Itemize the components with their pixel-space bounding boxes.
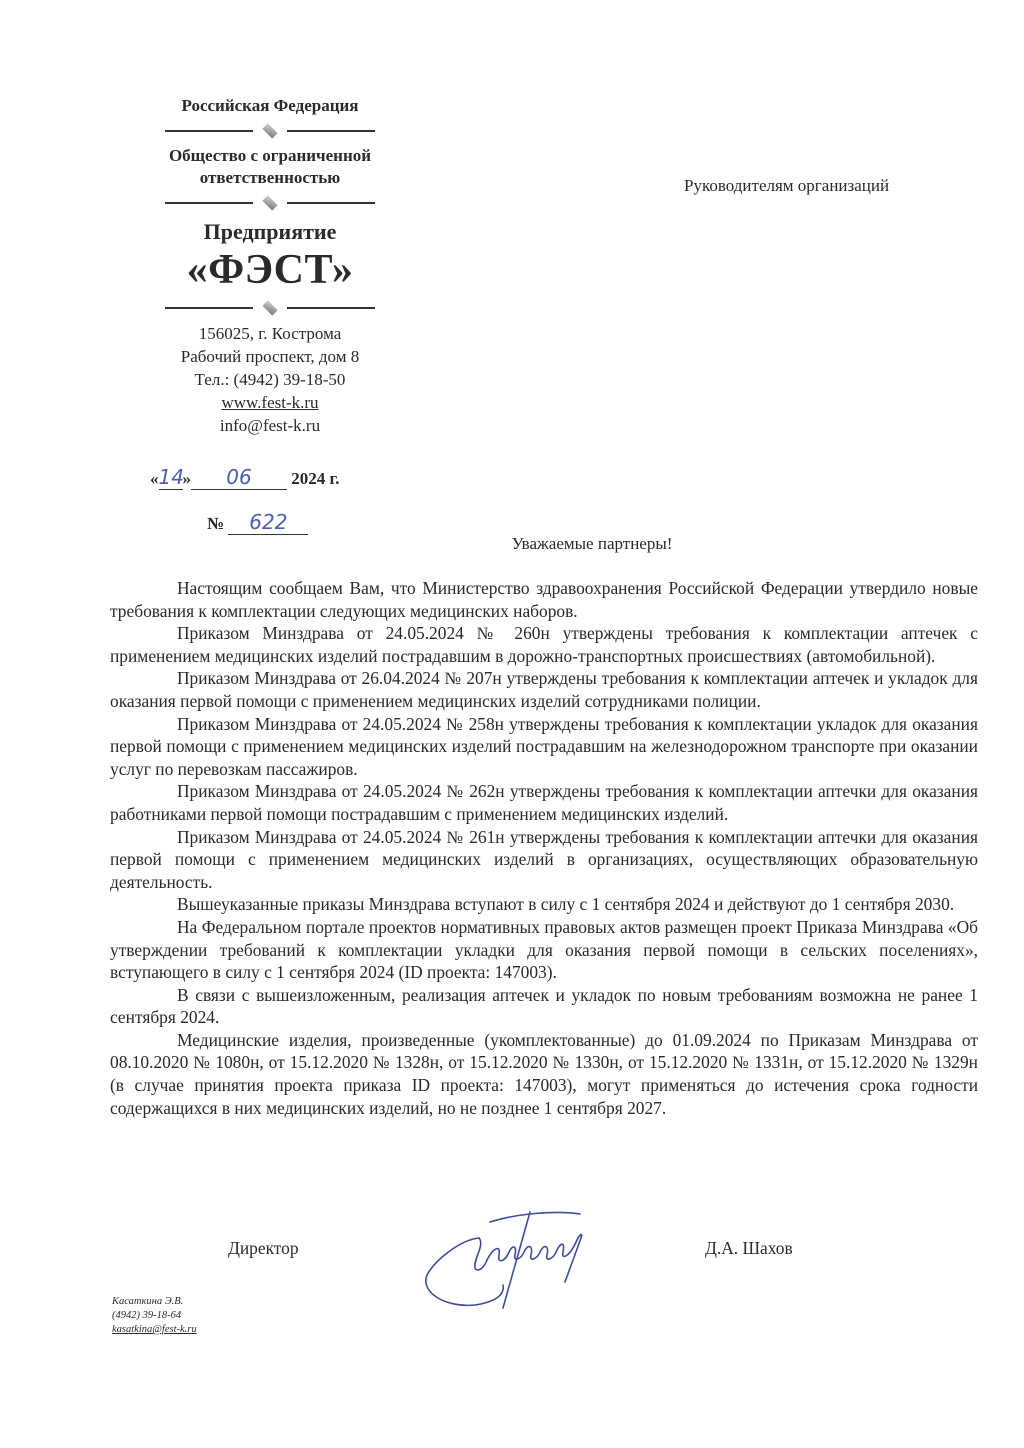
quote-open: «	[150, 469, 159, 488]
phone: Тел.: (4942) 39-18-50	[130, 368, 410, 391]
diamond-icon	[262, 123, 277, 138]
letter-page: Российская Федерация Общество с ограниче…	[0, 0, 1024, 1448]
date-day: 14	[159, 465, 184, 489]
paragraph: В связи с вышеизложенным, реализация апт…	[110, 984, 978, 1029]
executor-name: Касаткина Э.В.	[112, 1295, 197, 1309]
letterhead: Российская Федерация Общество с ограниче…	[130, 95, 410, 437]
paragraph: Приказом Минздрава от 24.05.2024 № 258н …	[110, 713, 978, 781]
paragraph: Настоящим сообщаем Вам, что Министерство…	[110, 577, 978, 622]
number-label: №	[207, 514, 224, 533]
date-month: 06	[226, 465, 251, 489]
paragraph: Медицинские изделия, произведенные (уком…	[110, 1029, 978, 1119]
letter-body: Настоящим сообщаем Вам, что Министерство…	[110, 577, 978, 1119]
country-name: Российская Федерация	[130, 95, 410, 117]
diamond-icon	[262, 300, 277, 315]
paragraph: Вышеуказанные приказы Минздрава вступают…	[110, 893, 978, 916]
greeting: Уважаемые партнеры!	[0, 534, 1024, 554]
handwritten-signature-icon	[405, 1200, 625, 1310]
address-line2: Рабочий проспект, дом 8	[130, 345, 410, 368]
ornament-divider	[165, 192, 375, 214]
signatory-title: Директор	[228, 1238, 299, 1259]
paragraph: Приказом Минздрава от 24.05.2024 № 260н …	[110, 622, 978, 667]
paragraph: Приказом Минздрава от 24.05.2024 № 262н …	[110, 780, 978, 825]
diamond-icon	[262, 195, 277, 210]
email-address[interactable]: info@fest-k.ru	[130, 414, 410, 437]
executor-email[interactable]: kasatkina@fest-k.ru	[112, 1323, 197, 1337]
signatory-name: Д.А. Шахов	[705, 1238, 793, 1259]
ornament-divider	[165, 120, 375, 142]
quote-close: »	[183, 469, 192, 488]
document-number: № 622	[207, 510, 308, 535]
date-field: «14»06 2024 г.	[150, 465, 340, 490]
number-value: 622	[249, 510, 287, 534]
address-line1: 156025, г. Кострома	[130, 322, 410, 345]
executor-info: Касаткина Э.В. (4942) 39-18-64 kasatkina…	[112, 1295, 197, 1337]
org-type-line1: Общество с ограниченной	[130, 145, 410, 167]
website-link[interactable]: www.fest-k.ru	[130, 391, 410, 414]
ornament-divider	[165, 297, 375, 319]
paragraph: Приказом Минздрава от 24.05.2024 № 261н …	[110, 826, 978, 894]
executor-phone: (4942) 39-18-64	[112, 1309, 197, 1323]
company-name: «ФЭСТ»	[130, 246, 410, 294]
paragraph: На Федеральном портале проектов норматив…	[110, 916, 978, 984]
enterprise-label: Предприятие	[130, 218, 410, 246]
addressee: Руководителям организаций	[684, 176, 889, 196]
paragraph: Приказом Минздрава от 26.04.2024 № 207н …	[110, 667, 978, 712]
date-year: 2024 г.	[291, 469, 339, 488]
org-type-line2: ответственностью	[130, 167, 410, 189]
